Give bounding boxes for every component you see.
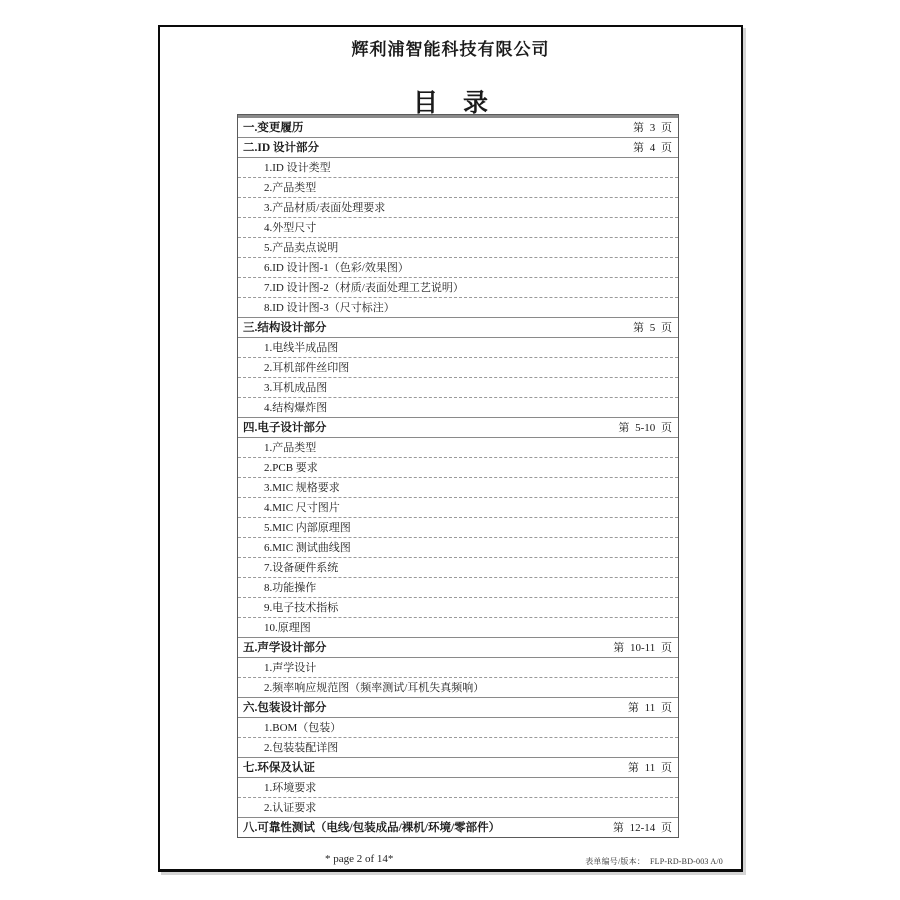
toc-row: 一.变更履历第 3 页	[238, 115, 678, 137]
toc-row: 1.电线半成品图	[238, 337, 678, 357]
toc-row: 7.设备硬件系统	[238, 557, 678, 577]
toc-row-label: 1.声学设计	[238, 659, 678, 677]
toc-row-label: 7.ID 设计图-2（材质/表面处理工艺说明）	[238, 279, 678, 297]
toc-row-label: 三.结构设计部分	[238, 319, 633, 337]
toc-table: 一.变更履历第 3 页二.ID 设计部分第 4 页1.ID 设计类型2.产品类型…	[237, 114, 679, 838]
toc-row-label: 10.原理图	[238, 619, 678, 637]
toc-row: 2.耳机部件丝印图	[238, 357, 678, 377]
document-page: 辉利浦智能科技有限公司 目 录 一.变更履历第 3 页二.ID 设计部分第 4 …	[158, 25, 743, 872]
toc-row: 三.结构设计部分第 5 页	[238, 317, 678, 337]
footer-page-indicator: * page 2 of 14*	[325, 853, 393, 865]
toc-row: 六.包装设计部分第 11 页	[238, 697, 678, 717]
toc-row-label: 二.ID 设计部分	[238, 139, 633, 157]
toc-row: 1.产品类型	[238, 437, 678, 457]
toc-row: 7.ID 设计图-2（材质/表面处理工艺说明）	[238, 277, 678, 297]
toc-row-label: 2.耳机部件丝印图	[238, 359, 678, 377]
toc-row-label: 5.产品卖点说明	[238, 239, 678, 257]
toc-row: 1.BOM（包装）	[238, 717, 678, 737]
toc-row-page: 第 5-10 页	[618, 419, 678, 437]
toc-row-label: 2.认证要求	[238, 799, 678, 817]
toc-row-page: 第 5 页	[633, 319, 678, 337]
toc-row: 5.产品卖点说明	[238, 237, 678, 257]
toc-row-label: 2.频率响应规范图（频率测试/耳机失真频响）	[238, 679, 678, 697]
toc-row-label: 1.BOM（包装）	[238, 719, 678, 737]
toc-row-label: 3.产品材质/表面处理要求	[238, 199, 678, 217]
toc-row: 2.频率响应规范图（频率测试/耳机失真频响）	[238, 677, 678, 697]
toc-row: 2.PCB 要求	[238, 457, 678, 477]
toc-row: 8.功能操作	[238, 577, 678, 597]
toc-row: 四.电子设计部分第 5-10 页	[238, 417, 678, 437]
toc-row: 10.原理图	[238, 617, 678, 637]
toc-row-label: 一.变更履历	[238, 119, 633, 137]
toc-row-label: 6.ID 设计图-1（色彩/效果图）	[238, 259, 678, 277]
toc-row: 2.包装装配详图	[238, 737, 678, 757]
toc-row-label: 四.电子设计部分	[238, 419, 618, 437]
toc-row: 3.产品材质/表面处理要求	[238, 197, 678, 217]
toc-row: 五.声学设计部分第 10-11 页	[238, 637, 678, 657]
toc-row: 1.声学设计	[238, 657, 678, 677]
toc-row: 6.MIC 测试曲线图	[238, 537, 678, 557]
toc-row: 二.ID 设计部分第 4 页	[238, 137, 678, 157]
toc-row-label: 9.电子技术指标	[238, 599, 678, 617]
toc-row: 1.ID 设计类型	[238, 157, 678, 177]
toc-row: 1.环境要求	[238, 777, 678, 797]
toc-row-label: 1.电线半成品图	[238, 339, 678, 357]
toc-row: 2.认证要求	[238, 797, 678, 817]
toc-row-label: 七.环保及认证	[238, 759, 628, 777]
toc-row: 9.电子技术指标	[238, 597, 678, 617]
toc-row: 4.结构爆炸图	[238, 397, 678, 417]
toc-row-page: 第 3 页	[633, 119, 678, 137]
toc-row: 4.MIC 尺寸图片	[238, 497, 678, 517]
toc-row: 6.ID 设计图-1（色彩/效果图）	[238, 257, 678, 277]
toc-row-label: 2.PCB 要求	[238, 459, 678, 477]
toc-row-label: 2.包装装配详图	[238, 739, 678, 757]
toc-row-page: 第 4 页	[633, 139, 678, 157]
toc-row-page: 第 10-11 页	[613, 639, 678, 657]
toc-row-label: 8.功能操作	[238, 579, 678, 597]
toc-row-label: 2.产品类型	[238, 179, 678, 197]
toc-row-label: 4.MIC 尺寸图片	[238, 499, 678, 517]
toc-row: 2.产品类型	[238, 177, 678, 197]
toc-row: 七.环保及认证第 11 页	[238, 757, 678, 777]
form-number-label: 表单编号/版本：	[585, 857, 645, 866]
toc-row-page: 第 12-14 页	[613, 819, 678, 837]
company-name: 辉利浦智能科技有限公司	[160, 35, 741, 60]
toc-row-label: 1.产品类型	[238, 439, 678, 457]
toc-row-label: 1.ID 设计类型	[238, 159, 678, 177]
toc-row: 5.MIC 内部原理图	[238, 517, 678, 537]
screenshot-canvas: 辉利浦智能科技有限公司 目 录 一.变更履历第 3 页二.ID 设计部分第 4 …	[0, 0, 900, 900]
toc-row: 八.可靠性测试（电线/包装成品/裸机/环境/零部件）第 12-14 页	[238, 817, 678, 837]
toc-row-label: 六.包装设计部分	[238, 699, 628, 717]
toc-row-label: 4.结构爆炸图	[238, 399, 678, 417]
toc-row-label: 3.MIC 规格要求	[238, 479, 678, 497]
toc-row-label: 5.MIC 内部原理图	[238, 519, 678, 537]
toc-row-label: 7.设备硬件系统	[238, 559, 678, 577]
toc-row-label: 6.MIC 测试曲线图	[238, 539, 678, 557]
toc-row-label: 8.ID 设计图-3（尺寸标注）	[238, 299, 678, 317]
toc-row-label: 3.耳机成品图	[238, 379, 678, 397]
toc-row-page: 第 11 页	[628, 699, 678, 717]
footer-form-number: 表单编号/版本：FLP-RD-BD-003 A/0	[585, 856, 723, 867]
toc-row-page: 第 11 页	[628, 759, 678, 777]
toc-row-label: 五.声学设计部分	[238, 639, 613, 657]
toc-row-label: 4.外型尺寸	[238, 219, 678, 237]
form-number-value: FLP-RD-BD-003 A/0	[650, 857, 723, 866]
toc-row-label: 1.环境要求	[238, 779, 678, 797]
toc-row: 4.外型尺寸	[238, 217, 678, 237]
toc-row-label: 八.可靠性测试（电线/包装成品/裸机/环境/零部件）	[238, 819, 613, 837]
toc-row: 3.MIC 规格要求	[238, 477, 678, 497]
toc-row: 8.ID 设计图-3（尺寸标注）	[238, 297, 678, 317]
toc-row: 3.耳机成品图	[238, 377, 678, 397]
